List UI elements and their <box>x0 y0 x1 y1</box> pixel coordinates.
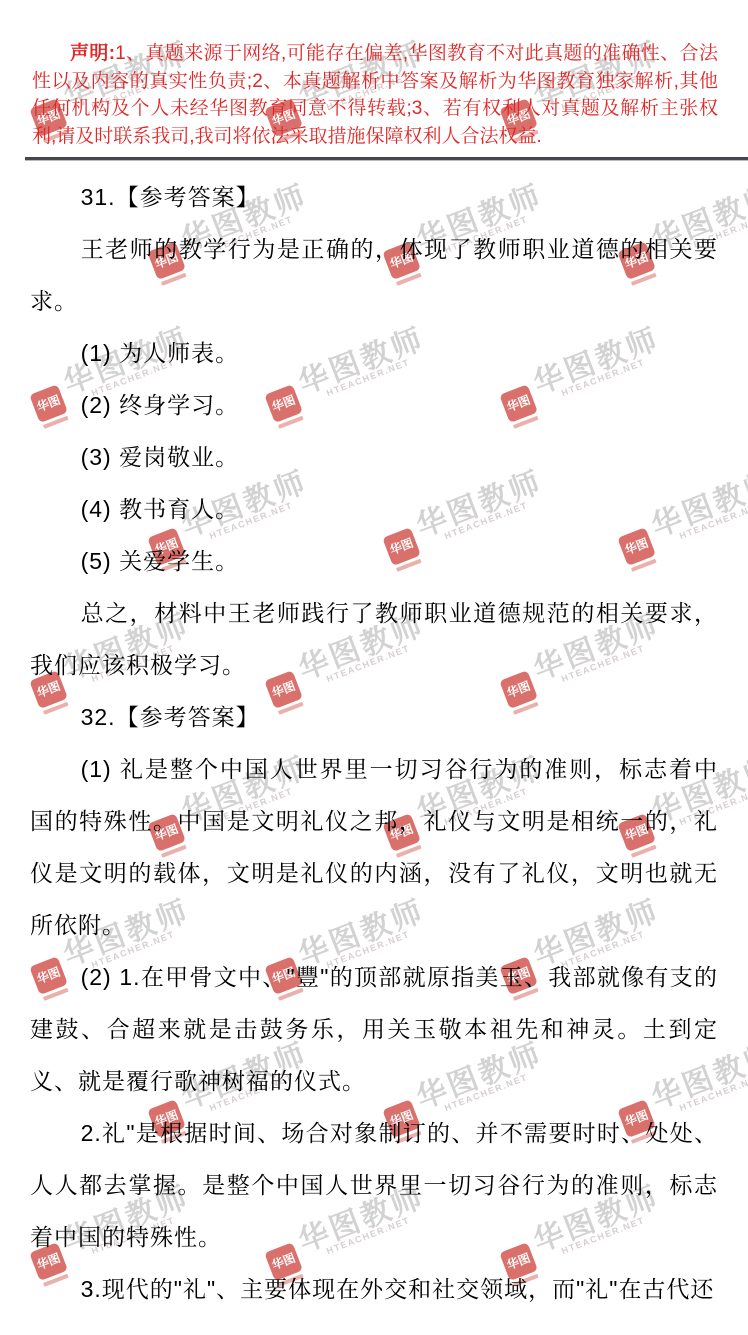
paragraph: 32.【参考答案】 <box>30 691 718 743</box>
paragraph: (1) 为人师表。 <box>30 327 718 379</box>
paragraph: (5) 关爱学生。 <box>30 535 718 587</box>
section-divider <box>25 157 748 161</box>
paragraph: (3) 爱岗敬业。 <box>30 431 718 483</box>
paragraph: (4) 教书育人。 <box>30 483 718 535</box>
paragraph: 31.【参考答案】 <box>30 171 718 223</box>
paragraph: 总之，材料中王老师践行了教师职业道德规范的相关要求，我们应该积极学习。 <box>30 587 718 691</box>
paragraph: (1) 礼是整个中国人世界里一切习谷行为的准则，标志着中国的特殊性。中国是文明礼… <box>30 743 718 951</box>
paragraph: (2) 终身学习。 <box>30 379 718 431</box>
disclaimer-label: 声明: <box>70 43 115 64</box>
paragraph: 2.礼"是根据时间、场合对象制订的、并不需要时时、处处、人人都去掌握。是整个中国… <box>30 1107 718 1263</box>
paragraph: 3.现代的"礼"、主要体现在外交和社交领域，而"礼"在古代还 <box>30 1263 718 1315</box>
disclaimer-text: 1、真题来源于网络,可能存在偏差,华图教育不对此真题的准确性、合法性以及内容的真… <box>32 43 718 147</box>
document-page: 华图华图教师HTEACHER.NET华图华图教师HTEACHER.NET华图华图… <box>0 0 748 1335</box>
paragraph: (2) 1.在甲骨文中、"豐"的顶部就原指美玉、我部就像有支的建鼓、合超来就是击… <box>30 951 718 1107</box>
content: 31.【参考答案】王老师的教学行为是正确的，体现了教师职业道德的相关要求。(1)… <box>30 171 718 1315</box>
disclaimer: 声明:1、真题来源于网络,可能存在偏差,华图教育不对此真题的准确性、合法性以及内… <box>32 40 718 150</box>
paragraph: 王老师的教学行为是正确的，体现了教师职业道德的相关要求。 <box>30 223 718 327</box>
